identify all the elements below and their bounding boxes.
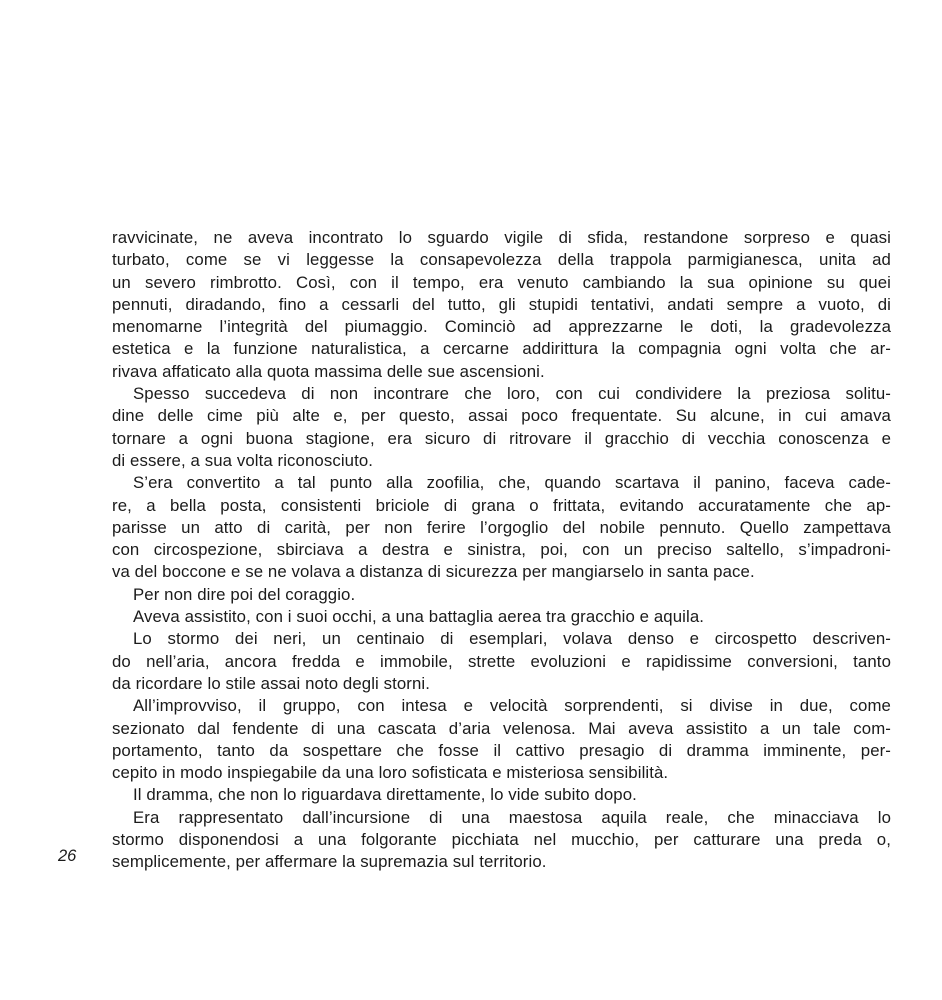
page-number: 26	[58, 845, 76, 867]
text-line: S’era convertito a tal punto alla zoofil…	[112, 472, 891, 494]
text-line: dine delle cime più alte e, per questo, …	[112, 405, 891, 427]
text-line: ravvicinate, ne aveva incontrato lo sgua…	[112, 227, 891, 249]
text-line: un severo rimbrotto. Così, con il tempo,…	[112, 272, 891, 294]
paragraph: Spesso succedeva di non incontrare che l…	[112, 383, 891, 472]
paragraph: Aveva assistito, con i suoi occhi, a una…	[112, 606, 891, 628]
paragraph: Il dramma, che non lo riguardava diretta…	[112, 784, 891, 806]
text-line: Era rappresentato dall’incursione di una…	[112, 807, 891, 829]
text-line: con circospezione, sbirciava a destra e …	[112, 539, 891, 561]
text-line: semplicemente, per affermare la supremaz…	[112, 851, 891, 873]
text-line: estetica e la funzione naturalistica, a …	[112, 338, 891, 360]
text-line: sezionato dal fendente di una cascata d’…	[112, 718, 891, 740]
paragraph: S’era convertito a tal punto alla zoofil…	[112, 472, 891, 583]
text-line: cepito in modo inspiegabile da una loro …	[112, 762, 891, 784]
paragraph: Era rappresentato dall’incursione di una…	[112, 807, 891, 874]
text-line: parisse un atto di carità, per non ferir…	[112, 517, 891, 539]
text-line: portamento, tanto da sospettare che foss…	[112, 740, 891, 762]
text-line: Spesso succedeva di non incontrare che l…	[112, 383, 891, 405]
text-line: di essere, a sua volta riconosciuto.	[112, 450, 891, 472]
paragraph: Lo stormo dei neri, un centinaio di esem…	[112, 628, 891, 695]
paragraph: Per non dire poi del coraggio.	[112, 584, 891, 606]
text-line: Il dramma, che non lo riguardava diretta…	[112, 784, 891, 806]
text-line: tornare a ogni buona stagione, era sicur…	[112, 428, 891, 450]
text-line: rivava affaticato alla quota massima del…	[112, 361, 891, 383]
text-line: Aveva assistito, con i suoi occhi, a una…	[112, 606, 891, 628]
text-line: pennuti, diradando, fino a cessarli del …	[112, 294, 891, 316]
paragraph: ravvicinate, ne aveva incontrato lo sgua…	[112, 227, 891, 383]
text-line: Per non dire poi del coraggio.	[112, 584, 891, 606]
paragraph: All’improvviso, il gruppo, con intesa e …	[112, 695, 891, 784]
text-line: stormo disponendosi a una folgorante pic…	[112, 829, 891, 851]
text-line: menomarne l’integrità del piumaggio. Com…	[112, 316, 891, 338]
text-line: re, a bella posta, consistenti briciole …	[112, 495, 891, 517]
text-line: va del boccone e se ne volava a distanza…	[112, 561, 891, 583]
text-line: All’improvviso, il gruppo, con intesa e …	[112, 695, 891, 717]
book-page: 26 ravvicinate, ne aveva incontrato lo s…	[0, 0, 942, 1000]
text-block: ravvicinate, ne aveva incontrato lo sgua…	[112, 227, 891, 874]
text-line: Lo stormo dei neri, un centinaio di esem…	[112, 628, 891, 650]
text-line: da ricordare lo stile assai noto degli s…	[112, 673, 891, 695]
text-line: turbato, come se vi leggesse la consapev…	[112, 249, 891, 271]
text-line: do nell’aria, ancora fredda e immobile, …	[112, 651, 891, 673]
